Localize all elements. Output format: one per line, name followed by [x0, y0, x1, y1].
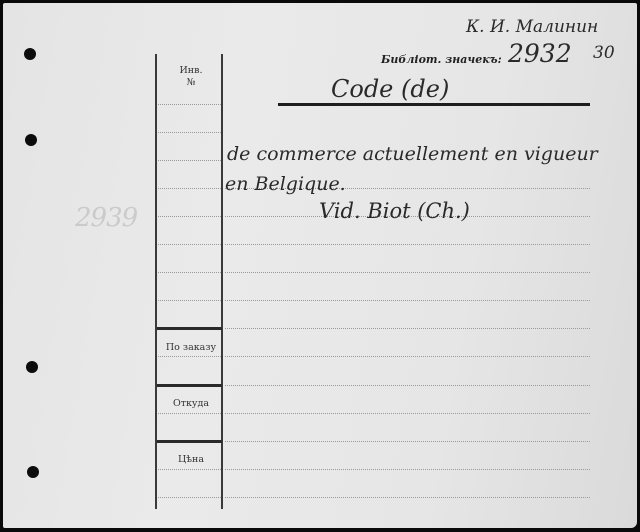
rule-line	[225, 300, 590, 301]
rule-line	[158, 356, 221, 357]
rule-line	[158, 300, 221, 301]
rule-line	[158, 160, 221, 161]
rule-line	[225, 497, 590, 498]
section-divider	[157, 327, 222, 330]
rule-line	[225, 469, 590, 470]
rule-line	[225, 272, 590, 273]
rule-line	[225, 413, 590, 414]
rule-line	[158, 132, 221, 133]
rule-line	[225, 385, 590, 386]
punch-hole-icon	[27, 466, 39, 478]
rule-line	[158, 244, 221, 245]
rule-line	[225, 356, 590, 357]
rule-line	[158, 413, 221, 414]
shelf-mark-suffix: 30	[593, 43, 615, 63]
catalog-card: 2939 К. И. Малинин Библіот. значекъ: 293…	[3, 3, 637, 528]
entry-line-1: de commerce actuellement en vigueur	[227, 143, 598, 165]
source-label: Откуда	[158, 398, 224, 409]
shelf-mark-value: 2932	[508, 39, 572, 68]
rule-line	[158, 272, 221, 273]
inv-label-text: Инв.	[158, 65, 224, 77]
entry-line-3: Vid. Biot (Ch.)	[319, 199, 470, 223]
punch-hole-icon	[25, 134, 37, 146]
punch-hole-icon	[26, 361, 38, 373]
entry-title: Code (de)	[331, 75, 449, 103]
rule-line	[158, 104, 221, 105]
rule-line	[225, 328, 590, 329]
faint-stamp-number: 2939	[75, 203, 137, 233]
rule-line	[158, 216, 221, 217]
shelf-mark-label: Библіот. значекъ:	[381, 53, 502, 66]
rule-line	[158, 188, 221, 189]
title-underline	[278, 103, 590, 106]
rule-line	[158, 469, 221, 470]
order-label: По заказу	[158, 342, 224, 353]
section-divider	[157, 384, 222, 387]
entry-line-2: en Belgique.	[225, 173, 346, 195]
owner-signature: К. И. Малинин	[466, 17, 598, 37]
rule-line	[158, 497, 221, 498]
rule-line	[225, 441, 590, 442]
section-divider	[157, 440, 222, 443]
punch-hole-icon	[24, 48, 36, 60]
inv-label: Инв. №	[158, 65, 224, 89]
price-label: Цѣна	[158, 454, 224, 465]
rule-line	[225, 244, 590, 245]
inv-number-sign: №	[158, 77, 224, 89]
